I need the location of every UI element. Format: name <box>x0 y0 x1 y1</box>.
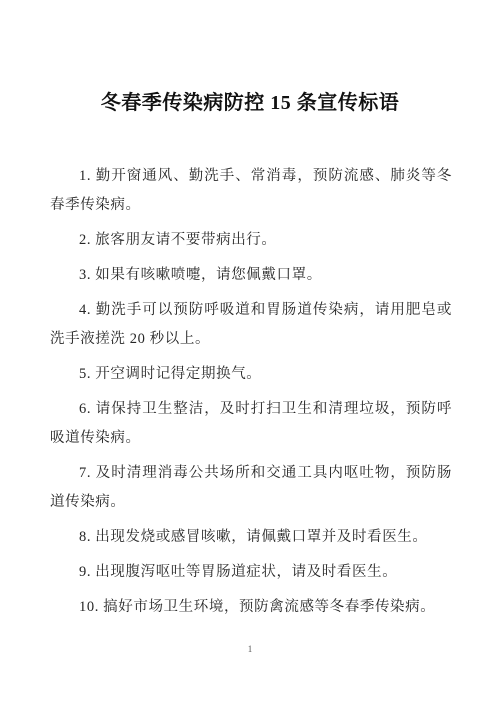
slogan-item-9: 9. 出现腹泻呕吐等胃肠道症状，请及时看医生。 <box>50 558 452 587</box>
page-number: 1 <box>0 644 500 655</box>
slogan-item-2: 2. 旅客朋友请不要带病出行。 <box>50 226 452 255</box>
slogan-item-10: 10. 搞好市场卫生环境，预防禽流感等冬春季传染病。 <box>50 593 452 622</box>
document-page: 冬春季传染病防控 15 条宣传标语 1. 勤开窗通风、勤洗手、常消毒，预防流感、… <box>0 0 500 707</box>
document-title: 冬春季传染病防控 15 条宣传标语 <box>0 0 500 116</box>
slogan-item-6: 6. 请保持卫生整洁，及时打扫卫生和清理垃圾，预防呼吸道传染病。 <box>50 395 452 453</box>
slogan-item-5: 5. 开空调时记得定期换气。 <box>50 360 452 389</box>
slogan-item-4: 4. 勤洗手可以预防呼吸道和胃肠道传染病，请用肥皂或洗手液搓洗 20 秒以上。 <box>50 296 452 354</box>
slogan-item-1: 1. 勤开窗通风、勤洗手、常消毒，预防流感、肺炎等冬春季传染病。 <box>50 162 452 220</box>
slogan-item-8: 8. 出现发烧或感冒咳嗽，请佩戴口罩并及时看医生。 <box>50 523 452 552</box>
slogan-item-3: 3. 如果有咳嗽喷嚏，请您佩戴口罩。 <box>50 261 452 290</box>
document-body: 1. 勤开窗通风、勤洗手、常消毒，预防流感、肺炎等冬春季传染病。 2. 旅客朋友… <box>50 162 452 622</box>
slogan-item-7: 7. 及时清理消毒公共场所和交通工具内呕吐物，预防肠道传染病。 <box>50 459 452 517</box>
